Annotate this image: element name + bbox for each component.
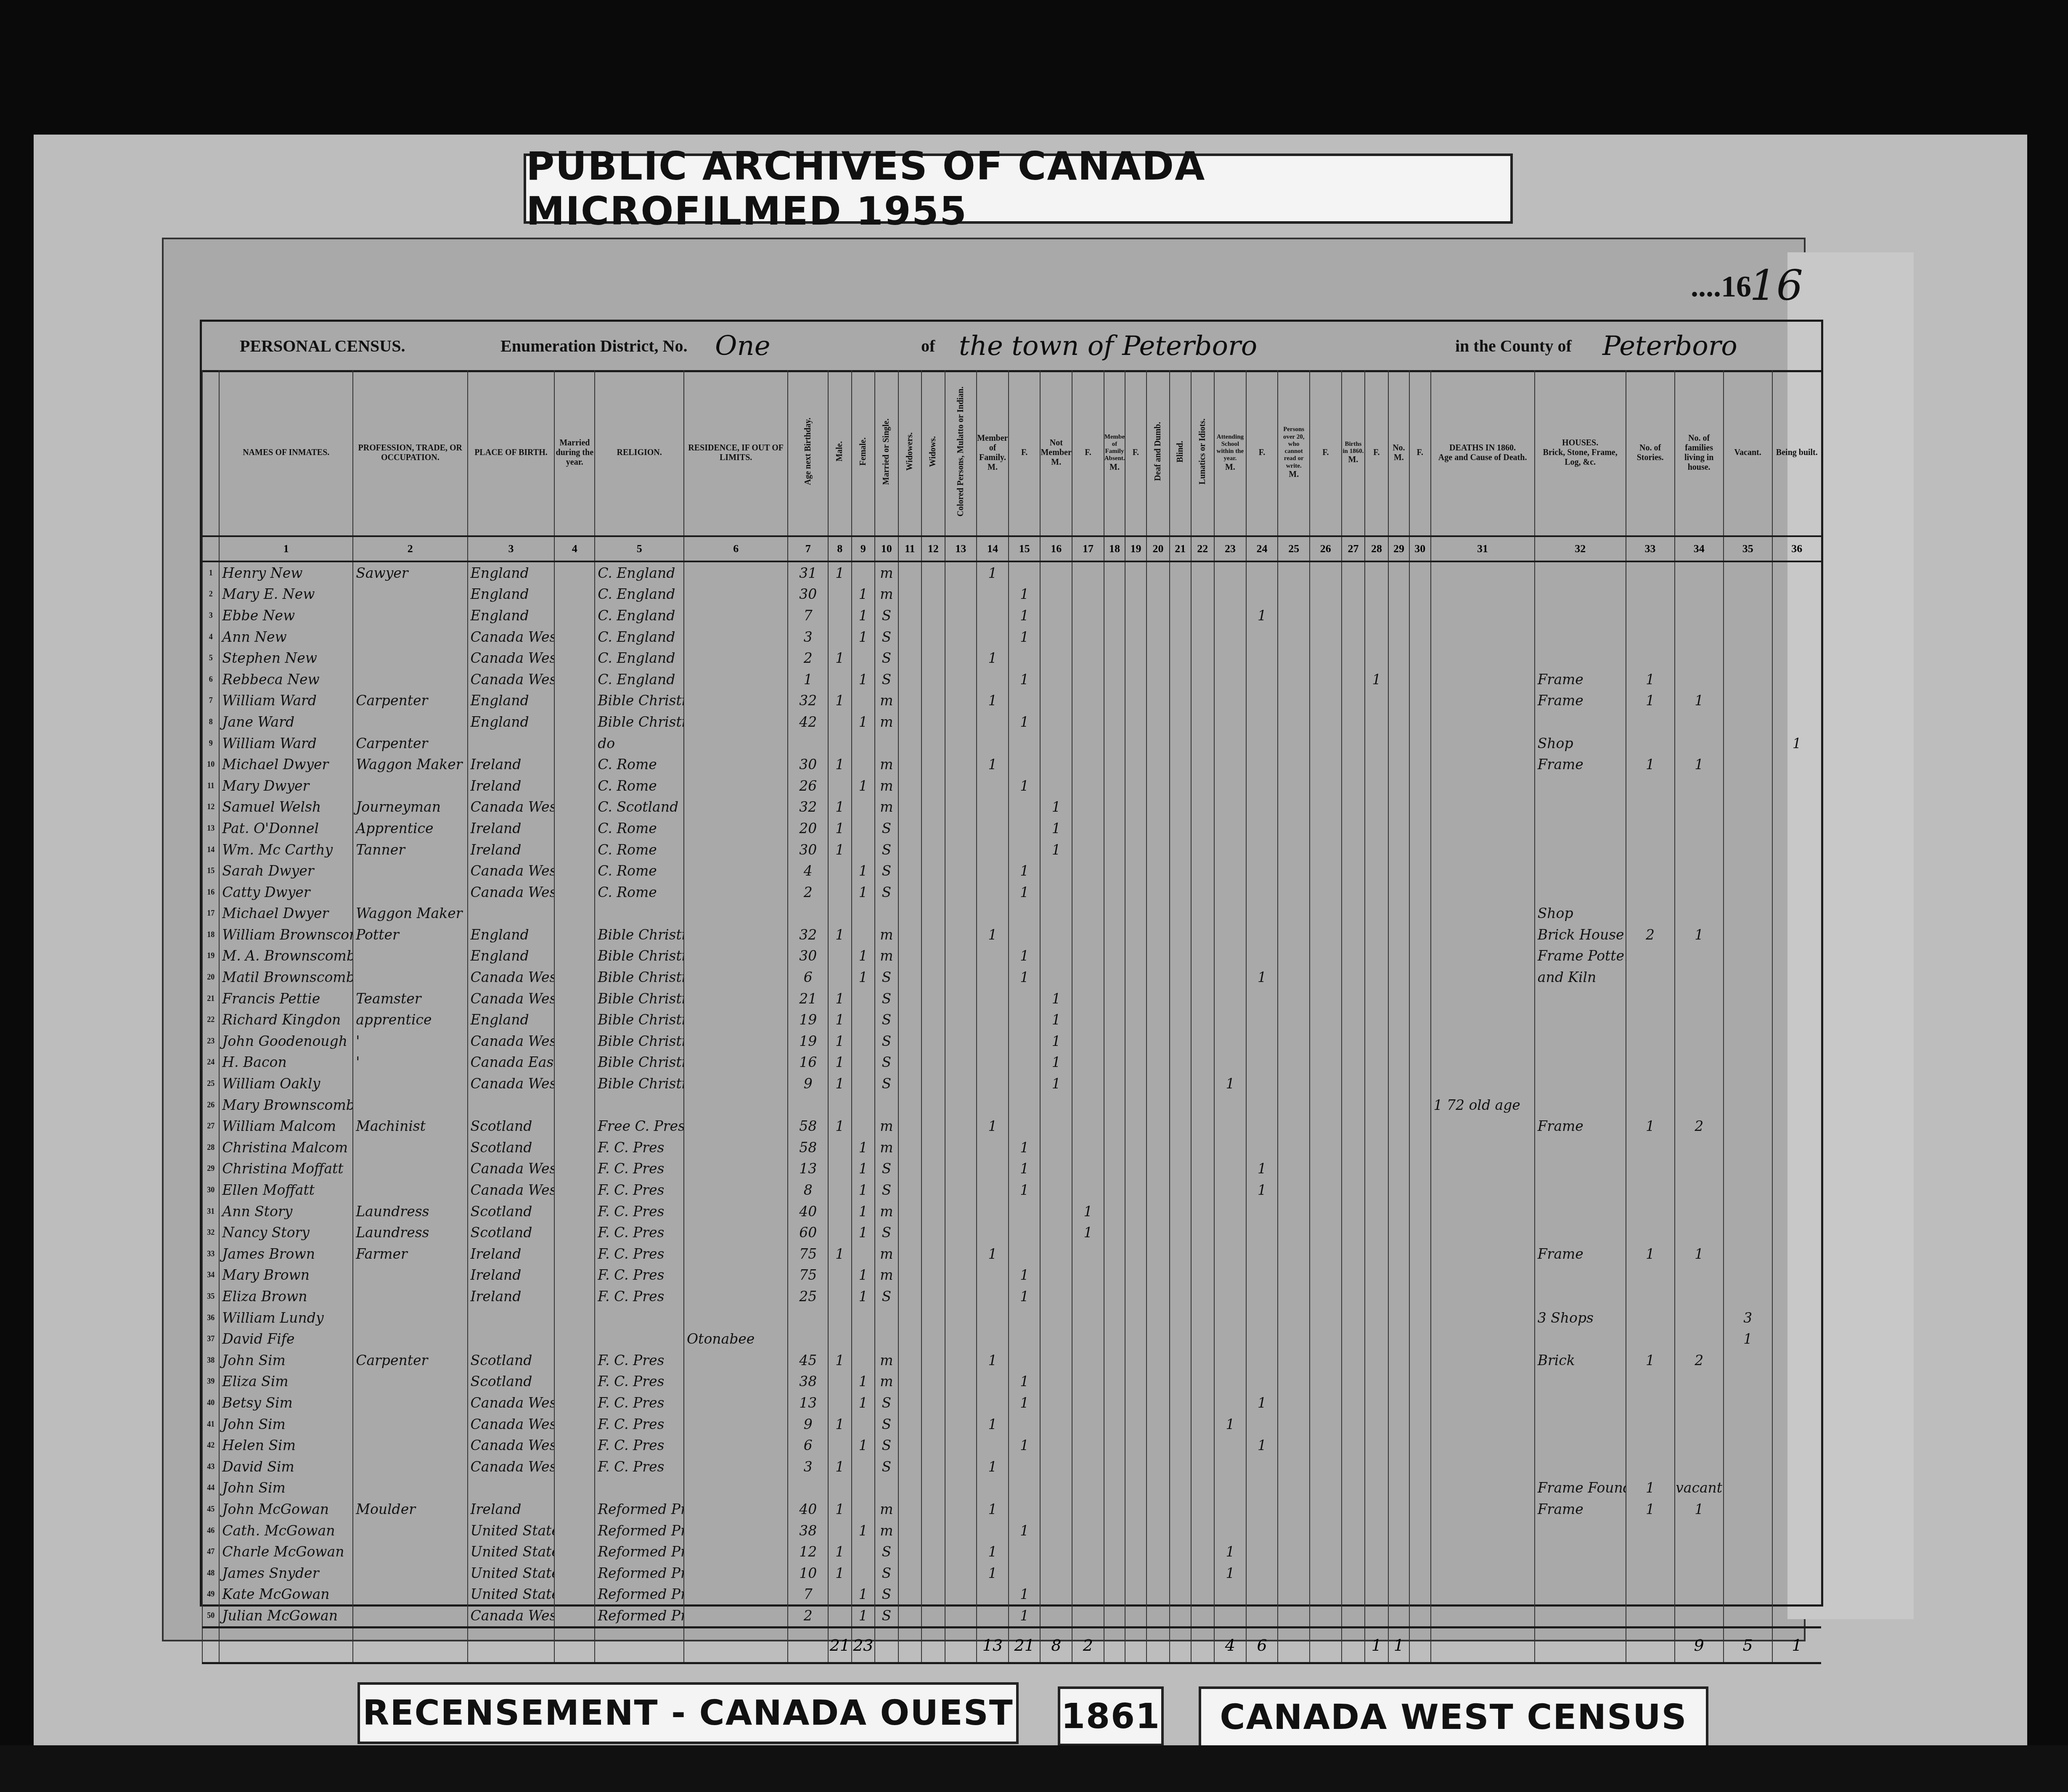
births-f-cell xyxy=(1365,775,1388,797)
birthplace-cell: Canada West xyxy=(468,881,555,903)
deaths-m-cell xyxy=(1388,1456,1409,1477)
absent-m-cell xyxy=(1104,669,1125,690)
illiterate-f-cell xyxy=(1310,1094,1342,1116)
school-f-cell xyxy=(1246,1498,1278,1520)
stories-cell xyxy=(1626,584,1675,605)
religion-cell: Bible Christian xyxy=(595,945,684,967)
married-during-year-cell xyxy=(554,945,595,967)
absent-f-cell xyxy=(1125,1520,1146,1541)
births-m-cell xyxy=(1342,669,1365,690)
deaf-dumb-cell xyxy=(1147,1094,1170,1116)
being-built-cell xyxy=(1772,1413,1821,1435)
families-cell xyxy=(1675,626,1724,648)
births-f-cell xyxy=(1365,1520,1388,1541)
school-f-cell xyxy=(1246,1477,1278,1499)
residence-cell xyxy=(684,711,788,733)
absent-m-cell xyxy=(1104,1222,1125,1243)
married-during-year-cell xyxy=(554,1179,595,1201)
married-during-year-cell xyxy=(554,690,595,712)
residence-cell xyxy=(684,1052,788,1073)
deaths-f-cell xyxy=(1409,1094,1430,1116)
married-during-year-cell xyxy=(554,626,595,648)
death-cause-cell xyxy=(1431,626,1535,648)
occupation-cell: Carpenter xyxy=(353,1350,467,1371)
female-cell: 1 xyxy=(852,605,875,626)
district-label: Enumeration District, No. xyxy=(500,336,687,356)
births-f-cell xyxy=(1365,924,1388,945)
widows-cell xyxy=(921,561,945,584)
married-during-year-cell xyxy=(554,1520,595,1541)
absent-f-cell xyxy=(1125,1498,1146,1520)
deaths-f-cell xyxy=(1409,1009,1430,1030)
births-m-cell xyxy=(1342,1520,1365,1541)
lunatic-cell xyxy=(1191,903,1214,924)
blind-cell xyxy=(1170,1477,1191,1499)
blind-cell xyxy=(1170,1179,1191,1201)
married-during-year-cell xyxy=(554,605,595,626)
absent-f-cell xyxy=(1125,1052,1146,1073)
lunatic-cell xyxy=(1191,945,1214,967)
birthplace-cell: Canada West xyxy=(468,1073,555,1094)
occupation-cell: Potter xyxy=(353,924,467,945)
births-f-cell xyxy=(1365,1009,1388,1030)
widowers-cell xyxy=(898,711,921,733)
not-members-m-cell: 1 xyxy=(1040,797,1072,818)
colored-cell xyxy=(945,605,977,626)
not-members-f-cell xyxy=(1072,775,1104,797)
lunatic-cell xyxy=(1191,1030,1214,1052)
widows-cell xyxy=(921,1435,945,1456)
stories-cell xyxy=(1626,626,1675,648)
vacant-cell xyxy=(1724,1265,1772,1286)
lunatic-cell xyxy=(1191,1052,1214,1073)
house-type-cell: Frame xyxy=(1535,754,1626,775)
absent-m-cell xyxy=(1104,1541,1125,1562)
census-row: 2Mary E. NewEnglandC. England301m1 xyxy=(202,584,1821,605)
widows-cell xyxy=(921,1052,945,1073)
school-f-cell xyxy=(1246,584,1278,605)
inmate-name-cell: Francis Pettie xyxy=(219,988,353,1009)
death-cause-cell xyxy=(1431,1328,1535,1350)
widowers-cell xyxy=(898,690,921,712)
deaths-f-cell xyxy=(1409,1456,1430,1477)
births-f-cell xyxy=(1365,1541,1388,1562)
school-f-cell xyxy=(1246,1605,1278,1627)
vacant-cell xyxy=(1724,1605,1772,1627)
male-cell xyxy=(828,1392,851,1413)
widowers-cell xyxy=(898,626,921,648)
married-or-single-cell: S xyxy=(875,966,898,988)
illiterate-f-cell xyxy=(1310,903,1342,924)
widowers-cell xyxy=(898,818,921,839)
absent-m-cell xyxy=(1104,903,1125,924)
deaths-f-cell xyxy=(1409,924,1430,945)
not-members-f-cell xyxy=(1072,1137,1104,1158)
school-f-cell xyxy=(1246,1243,1278,1265)
form-title: PERSONAL CENSUS. xyxy=(240,336,405,356)
age-cell: 2 xyxy=(788,881,828,903)
not-members-f-cell xyxy=(1072,818,1104,839)
male-cell: 1 xyxy=(828,988,851,1009)
inmate-name-cell: Richard Kingdon xyxy=(219,1009,353,1030)
illiterate-m-cell xyxy=(1278,1307,1310,1329)
school-m-cell xyxy=(1214,818,1246,839)
deaths-f-cell xyxy=(1409,1392,1430,1413)
absent-f-cell xyxy=(1125,881,1146,903)
colored-cell xyxy=(945,1371,977,1392)
married-or-single-cell: S xyxy=(875,1179,898,1201)
inmate-name-cell: John McGowan xyxy=(219,1498,353,1520)
families-cell xyxy=(1675,903,1724,924)
line-number-cell: 36 xyxy=(202,1307,219,1329)
deaths-f-cell xyxy=(1409,945,1430,967)
school-f-cell xyxy=(1246,1350,1278,1371)
widowers-cell xyxy=(898,1371,921,1392)
age-cell: 40 xyxy=(788,1201,828,1222)
illiterate-m-cell xyxy=(1278,1392,1310,1413)
stories-cell xyxy=(1626,1605,1675,1627)
widowers-cell xyxy=(898,1520,921,1541)
not-members-f-cell: 1 xyxy=(1072,1222,1104,1243)
school-m-cell xyxy=(1214,647,1246,669)
blind-cell xyxy=(1170,1435,1191,1456)
illiterate-m-cell xyxy=(1278,775,1310,797)
occupation-cell xyxy=(353,626,467,648)
families-cell xyxy=(1675,1413,1724,1435)
illiterate-f-cell xyxy=(1310,1456,1342,1477)
age-cell xyxy=(788,1307,828,1329)
married-during-year-cell xyxy=(554,1392,595,1413)
births-f-cell xyxy=(1365,797,1388,818)
widowers-cell xyxy=(898,966,921,988)
families-cell xyxy=(1675,1052,1724,1073)
family-m-cell xyxy=(977,860,1009,881)
deaths-f-cell xyxy=(1409,1201,1430,1222)
being-built-cell xyxy=(1772,1158,1821,1180)
widows-cell xyxy=(921,647,945,669)
deaths-f-cell xyxy=(1409,1605,1430,1627)
deaths-f-cell xyxy=(1409,1115,1430,1137)
married-during-year-cell xyxy=(554,818,595,839)
census-row: 11Mary DwyerIrelandC. Rome261m1 xyxy=(202,775,1821,797)
colored-cell xyxy=(945,1498,977,1520)
vacant-cell xyxy=(1724,1413,1772,1435)
residence-cell xyxy=(684,1413,788,1435)
film-border-bottom xyxy=(0,1745,2068,1792)
census-row: 32Nancy StoryLaundressScotlandF. C. Pres… xyxy=(202,1222,1821,1243)
not-members-f-cell xyxy=(1072,1265,1104,1286)
deaf-dumb-cell xyxy=(1147,1541,1170,1562)
inmate-name-cell: Helen Sim xyxy=(219,1435,353,1456)
illiterate-f-cell xyxy=(1310,1073,1342,1094)
occupation-cell xyxy=(353,1073,467,1094)
school-f-cell xyxy=(1246,775,1278,797)
being-built-cell xyxy=(1772,1030,1821,1052)
births-f-cell xyxy=(1365,1222,1388,1243)
death-cause-cell xyxy=(1431,647,1535,669)
illiterate-m-cell xyxy=(1278,690,1310,712)
census-row: 28Christina MalcomScotlandF. C. Pres581m… xyxy=(202,1137,1821,1158)
married-or-single-cell: S xyxy=(875,1158,898,1180)
house-type-cell: Frame xyxy=(1535,1115,1626,1137)
being-built-cell xyxy=(1772,797,1821,818)
female-cell: 1 xyxy=(852,1392,875,1413)
illiterate-f-cell xyxy=(1310,1286,1342,1307)
widows-cell xyxy=(921,1456,945,1477)
col-colored-header: Colored Persons, Mulatto or Indian. xyxy=(945,370,977,536)
age-cell: 32 xyxy=(788,924,828,945)
vacant-cell xyxy=(1724,1201,1772,1222)
death-cause-cell xyxy=(1431,1030,1535,1052)
birthplace-cell: Canada West xyxy=(468,647,555,669)
absent-f-cell xyxy=(1125,1115,1146,1137)
occupation-cell: Farmer xyxy=(353,1243,467,1265)
births-f-cell xyxy=(1365,1584,1388,1605)
total-male: 21 xyxy=(828,1627,851,1663)
religion-cell: F. C. Pres xyxy=(595,1179,684,1201)
families-cell xyxy=(1675,775,1724,797)
married-during-year-cell xyxy=(554,1307,595,1329)
school-f-cell xyxy=(1246,839,1278,860)
widows-cell xyxy=(921,1328,945,1350)
house-type-cell: 3 Shops xyxy=(1535,1307,1626,1329)
line-number-cell: 42 xyxy=(202,1435,219,1456)
absent-f-cell xyxy=(1125,966,1146,988)
deaf-dumb-cell xyxy=(1147,1243,1170,1265)
colored-cell xyxy=(945,1030,977,1052)
family-f-cell xyxy=(1009,1094,1041,1116)
school-m-cell xyxy=(1214,1520,1246,1541)
family-f-cell xyxy=(1009,1073,1041,1094)
married-during-year-cell xyxy=(554,1435,595,1456)
blind-cell xyxy=(1170,1413,1191,1435)
births-m-cell xyxy=(1342,1115,1365,1137)
death-cause-cell xyxy=(1431,881,1535,903)
age-cell: 30 xyxy=(788,754,828,775)
vacant-cell xyxy=(1724,647,1772,669)
female-cell xyxy=(852,924,875,945)
line-number-cell: 12 xyxy=(202,797,219,818)
blind-cell xyxy=(1170,1307,1191,1329)
family-m-cell: 1 xyxy=(977,647,1009,669)
age-cell xyxy=(788,1477,828,1499)
deaf-dumb-cell xyxy=(1147,860,1170,881)
deaf-dumb-cell xyxy=(1147,924,1170,945)
residence-cell xyxy=(684,690,788,712)
illiterate-m-cell xyxy=(1278,860,1310,881)
being-built-cell xyxy=(1772,881,1821,903)
family-f-cell xyxy=(1009,1456,1041,1477)
illiterate-f-cell xyxy=(1310,1265,1342,1286)
married-or-single-cell: S xyxy=(875,818,898,839)
birthplace-cell: England xyxy=(468,1009,555,1030)
house-type-cell xyxy=(1535,561,1626,584)
religion-cell: Reformed Pres xyxy=(595,1584,684,1605)
illiterate-m-cell xyxy=(1278,605,1310,626)
births-m-cell xyxy=(1342,711,1365,733)
not-members-f-cell xyxy=(1072,1605,1104,1627)
illiterate-m-cell xyxy=(1278,797,1310,818)
blind-cell xyxy=(1170,1158,1191,1180)
deaf-dumb-cell xyxy=(1147,1137,1170,1158)
house-type-cell xyxy=(1535,1179,1626,1201)
blind-cell xyxy=(1170,1371,1191,1392)
illiterate-f-cell xyxy=(1310,945,1342,967)
absent-m-cell xyxy=(1104,1498,1125,1520)
colored-cell xyxy=(945,1052,977,1073)
death-cause-cell xyxy=(1431,561,1535,584)
age-cell: 19 xyxy=(788,1009,828,1030)
census-row: 26Mary Brownscomb1 72 old age xyxy=(202,1094,1821,1116)
school-m-cell xyxy=(1214,881,1246,903)
deaf-dumb-cell xyxy=(1147,1456,1170,1477)
not-members-m-cell xyxy=(1040,1179,1072,1201)
vacant-cell xyxy=(1724,966,1772,988)
census-banner: CANADA WEST CENSUS xyxy=(1199,1686,1708,1748)
illiterate-m-cell xyxy=(1278,1137,1310,1158)
deaths-m-cell xyxy=(1388,903,1409,924)
occupation-cell: Carpenter xyxy=(353,733,467,754)
not-members-m-cell xyxy=(1040,1477,1072,1499)
archive-banner: PUBLIC ARCHIVES OF CANADA MICROFILMED 19… xyxy=(524,154,1513,224)
death-cause-cell: 1 72 old age xyxy=(1431,1094,1535,1116)
birthplace-cell: England xyxy=(468,924,555,945)
death-cause-cell xyxy=(1431,924,1535,945)
colored-cell xyxy=(945,903,977,924)
being-built-cell xyxy=(1772,1605,1821,1627)
widowers-cell xyxy=(898,1009,921,1030)
married-during-year-cell xyxy=(554,1094,595,1116)
absent-m-cell xyxy=(1104,711,1125,733)
widowers-cell xyxy=(898,988,921,1009)
births-f-cell: 1 xyxy=(1365,669,1388,690)
stories-cell xyxy=(1626,1265,1675,1286)
deaths-m-cell xyxy=(1388,1201,1409,1222)
lunatic-cell xyxy=(1191,733,1214,754)
residence-cell xyxy=(684,1456,788,1477)
family-f-cell xyxy=(1009,1009,1041,1030)
absent-m-cell xyxy=(1104,1115,1125,1137)
inmate-name-cell: Christina Malcom xyxy=(219,1137,353,1158)
widows-cell xyxy=(921,1073,945,1094)
deaths-m-cell xyxy=(1388,1009,1409,1030)
illiterate-f-cell xyxy=(1310,647,1342,669)
stories-cell xyxy=(1626,1030,1675,1052)
school-m-cell xyxy=(1214,1115,1246,1137)
religion-cell: C. Rome xyxy=(595,754,684,775)
house-type-cell: Frame xyxy=(1535,669,1626,690)
stories-cell: 1 xyxy=(1626,754,1675,775)
male-cell: 1 xyxy=(828,561,851,584)
stories-cell: 1 xyxy=(1626,690,1675,712)
widowers-cell xyxy=(898,1605,921,1627)
family-f-cell xyxy=(1009,1498,1041,1520)
married-or-single-cell: S xyxy=(875,1456,898,1477)
female-cell: 1 xyxy=(852,1435,875,1456)
house-type-cell xyxy=(1535,1456,1626,1477)
families-cell xyxy=(1675,1222,1724,1243)
families-cell xyxy=(1675,860,1724,881)
being-built-cell xyxy=(1772,1222,1821,1243)
total-being-built: 1 xyxy=(1772,1627,1821,1663)
religion-cell: F. C. Pres xyxy=(595,1286,684,1307)
family-f-cell xyxy=(1009,1541,1041,1562)
birthplace-cell: England xyxy=(468,945,555,967)
death-cause-cell xyxy=(1431,1498,1535,1520)
occupation-cell xyxy=(353,1328,467,1350)
male-cell xyxy=(828,1307,851,1329)
deaths-f-cell xyxy=(1409,1477,1430,1499)
male-cell xyxy=(828,669,851,690)
not-members-m-cell xyxy=(1040,1605,1072,1627)
married-during-year-cell xyxy=(554,860,595,881)
residence-cell xyxy=(684,1137,788,1158)
school-m-cell xyxy=(1214,669,1246,690)
colored-cell xyxy=(945,860,977,881)
colored-cell xyxy=(945,1073,977,1094)
inmate-name-cell: William Lundy xyxy=(219,1307,353,1329)
blind-cell xyxy=(1170,1009,1191,1030)
not-members-m-cell xyxy=(1040,1286,1072,1307)
widows-cell xyxy=(921,839,945,860)
male-cell: 1 xyxy=(828,1541,851,1562)
census-row: 31Ann StoryLaundressScotlandF. C. Pres40… xyxy=(202,1201,1821,1222)
female-cell: 1 xyxy=(852,1158,875,1180)
residence-cell xyxy=(684,561,788,584)
line-number-cell: 37 xyxy=(202,1328,219,1350)
residence-cell xyxy=(684,1520,788,1541)
not-members-m-cell xyxy=(1040,1392,1072,1413)
births-f-cell xyxy=(1365,1265,1388,1286)
not-members-f-cell xyxy=(1072,1328,1104,1350)
school-f-cell xyxy=(1246,1073,1278,1094)
married-or-single-cell: S xyxy=(875,1584,898,1605)
col-deaths-m: No.M. xyxy=(1388,370,1409,536)
absent-m-cell xyxy=(1104,1243,1125,1265)
stories-cell xyxy=(1626,881,1675,903)
house-type-cell: and Kiln xyxy=(1535,966,1626,988)
deaths-f-cell xyxy=(1409,1137,1430,1158)
family-f-cell xyxy=(1009,1307,1041,1329)
inmate-name-cell: Matil Brownscomb xyxy=(219,966,353,988)
families-cell: 1 xyxy=(1675,690,1724,712)
family-m-cell xyxy=(977,1328,1009,1350)
handwritten-page-number: 16 xyxy=(1750,261,1803,310)
col-deaths-f: F. xyxy=(1409,370,1430,536)
deaths-f-cell xyxy=(1409,626,1430,648)
lunatic-cell xyxy=(1191,924,1214,945)
school-m-cell xyxy=(1214,1179,1246,1201)
lunatic-cell xyxy=(1191,1520,1214,1541)
colored-cell xyxy=(945,1158,977,1180)
house-type-cell xyxy=(1535,1094,1626,1116)
male-cell xyxy=(828,733,851,754)
not-members-f-cell xyxy=(1072,647,1104,669)
widows-cell xyxy=(921,1392,945,1413)
widowers-cell xyxy=(898,1562,921,1584)
not-members-f-cell xyxy=(1072,1498,1104,1520)
family-m-cell: 1 xyxy=(977,1350,1009,1371)
lunatic-cell xyxy=(1191,605,1214,626)
school-m-cell: 1 xyxy=(1214,1541,1246,1562)
deaths-m-cell xyxy=(1388,584,1409,605)
being-built-cell xyxy=(1772,1584,1821,1605)
religion-cell: Bible Christian xyxy=(595,966,684,988)
death-cause-cell xyxy=(1431,1350,1535,1371)
lunatic-cell xyxy=(1191,1413,1214,1435)
occupation-cell xyxy=(353,1307,467,1329)
lunatic-cell xyxy=(1191,626,1214,648)
